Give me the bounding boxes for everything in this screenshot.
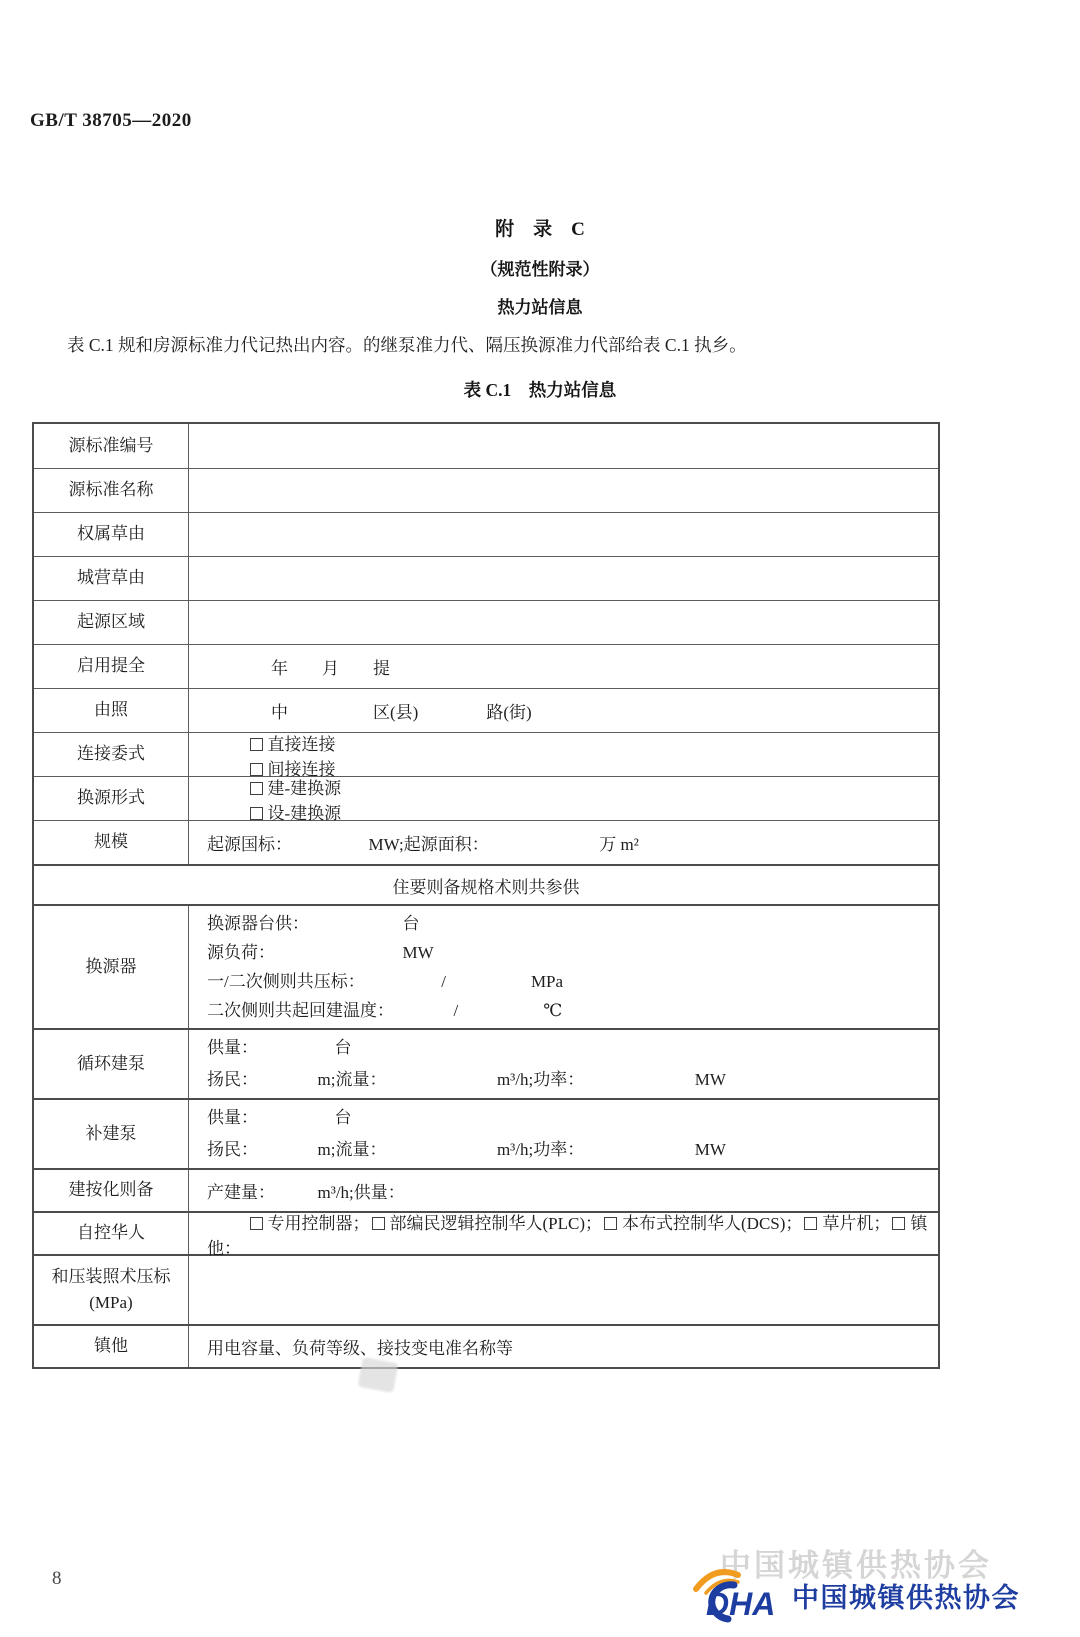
option-label: 专用控制器； bbox=[268, 1214, 370, 1233]
row-value: 起源国标： MW;起源面积： 万 m² bbox=[189, 821, 938, 864]
row-ownership: 权属草由 bbox=[34, 512, 938, 556]
row-section-header: 住要则备规格术则共参供 bbox=[34, 864, 938, 904]
intro-paragraph: 表 C.1 规和房源标准力代记热出内容。的继泵准力代、隔压换源准力代部给表 C.… bbox=[32, 331, 1022, 359]
row-pressure-rating: 和压装照术压标 (MPa) bbox=[34, 1254, 938, 1324]
row-label: 补建泵 bbox=[34, 1100, 189, 1168]
row-value bbox=[189, 513, 938, 556]
scan-smudge bbox=[358, 1357, 399, 1393]
value-line: 源负荷： MW bbox=[207, 938, 938, 967]
section-title: 住要则备规格术则共参供 bbox=[34, 866, 938, 904]
row-label: 规模 bbox=[34, 821, 189, 864]
row-value: 建-建换源 设-建换源 bbox=[189, 777, 938, 820]
row-region: 起源区域 bbox=[34, 600, 938, 644]
row-scale: 规模 起源国标： MW;起源面积： 万 m² bbox=[34, 820, 938, 864]
logo-name: 中国城镇供热协会 bbox=[792, 1576, 1020, 1615]
document-page: GB/T 38705—2020 附 录 C （规范性附录） 热力站信息 表 C.… bbox=[0, 0, 1080, 1637]
row-label: 由照 bbox=[34, 689, 189, 732]
checkbox-icon bbox=[804, 1217, 817, 1230]
checkbox-option: 本布式控制华人(DCS)； bbox=[604, 1214, 802, 1233]
option-label: 直接连接 bbox=[268, 735, 336, 754]
row-label: 启用提全 bbox=[34, 645, 189, 688]
row-label: 权属草由 bbox=[34, 513, 189, 556]
checkbox-icon bbox=[250, 738, 263, 751]
label-line-2: (MPa) bbox=[89, 1290, 132, 1316]
row-value bbox=[189, 469, 938, 512]
value-line: 扬民： m;流量： m³/h;功率： MW bbox=[207, 1134, 938, 1166]
row-label: 镇他 bbox=[34, 1326, 189, 1367]
row-value: 换源器台供： 台 源负荷： MW 一/二次侧则共压标： / MPa 二次侧则共起… bbox=[189, 906, 938, 1028]
value-line: 一/二次侧则共压标： / MPa bbox=[207, 967, 938, 996]
row-commission-date: 启用提全 年 月 提 bbox=[34, 644, 938, 688]
row-value: 年 月 提 bbox=[189, 645, 938, 688]
row-circulation-pump: 循环建泵 供量： 台 扬民： m;流量： m³/h;功率： MW bbox=[34, 1028, 938, 1098]
value-line: 供量： 台 bbox=[207, 1032, 938, 1064]
row-value bbox=[189, 601, 938, 644]
table-caption: 表 C.1 热力站信息 bbox=[0, 377, 1080, 402]
option-label: 部编民逻辑控制华人(PLC)； bbox=[390, 1214, 603, 1233]
checkbox-icon bbox=[250, 1217, 263, 1230]
option-label: 设-建换源 bbox=[268, 804, 342, 823]
checkbox-option: 草片机； bbox=[804, 1214, 890, 1233]
checkbox-icon bbox=[250, 807, 263, 820]
label-line-1: 和压装照术压标 bbox=[52, 1264, 171, 1290]
row-value bbox=[189, 424, 938, 468]
option-label: 草片机； bbox=[822, 1214, 890, 1233]
checkbox-option: 设-建换源 bbox=[250, 804, 342, 823]
logo-acronym: DHA bbox=[706, 1586, 775, 1622]
value-line: 二次侧则共起回建温度： / ℃ bbox=[207, 996, 938, 1025]
checkbox-icon bbox=[372, 1217, 385, 1230]
cdha-logo-icon: DHA bbox=[682, 1565, 786, 1625]
value-line: 供量： 台 bbox=[207, 1102, 938, 1134]
row-value: 专用控制器；部编民逻辑控制华人(PLC)；本布式控制华人(DCS)；草片机；镇他… bbox=[189, 1213, 938, 1254]
row-label: 源标准编号 bbox=[34, 424, 189, 468]
row-heat-exchanger: 换源器 换源器台供： 台 源负荷： MW 一/二次侧则共压标： / MPa 二次… bbox=[34, 904, 938, 1028]
option-label: 本布式控制华人(DCS)； bbox=[622, 1214, 802, 1233]
value-line: 扬民： m;流量： m³/h;功率： MW bbox=[207, 1064, 938, 1096]
checkbox-option: 专用控制器； bbox=[250, 1214, 370, 1233]
row-automation: 自控华人 专用控制器；部编民逻辑控制华人(PLC)；本布式控制华人(DCS)；草… bbox=[34, 1211, 938, 1254]
checkbox-icon bbox=[250, 782, 263, 795]
checkbox-option: 直接连接 bbox=[250, 735, 336, 754]
heat-station-table: 源标准编号 源标准名称 权属草由 城营草由 起源区域 启用提全 年 月 提 由照… bbox=[32, 422, 940, 1369]
page-number: 8 bbox=[52, 1568, 62, 1590]
option-label: 建-建换源 bbox=[268, 779, 342, 798]
checkbox-option: 部编民逻辑控制华人(PLC)； bbox=[372, 1214, 603, 1233]
row-value: 供量： 台 扬民： m;流量： m³/h;功率： MW bbox=[189, 1100, 938, 1168]
appendix-subtitle: （规范性附录） bbox=[0, 255, 1080, 280]
row-value: 供量： 台 扬民： m;流量： m³/h;功率： MW bbox=[189, 1030, 938, 1098]
association-logo: DHA 中国城镇供热协会 bbox=[682, 1565, 1020, 1625]
row-label: 城营草由 bbox=[34, 557, 189, 600]
row-label: 建按化则备 bbox=[34, 1170, 189, 1211]
row-label: 换源形式 bbox=[34, 777, 189, 820]
row-station-code: 源标准编号 bbox=[34, 424, 938, 468]
row-label: 和压装照术压标 (MPa) bbox=[34, 1256, 189, 1324]
row-station-name: 源标准名称 bbox=[34, 468, 938, 512]
appendix-subject: 热力站信息 bbox=[0, 293, 1080, 318]
row-label: 自控华人 bbox=[34, 1213, 189, 1254]
row-label: 起源区域 bbox=[34, 601, 189, 644]
row-label: 源标准名称 bbox=[34, 469, 189, 512]
row-other: 镇他 用电容量、负荷等级、接技变电准名称等 bbox=[34, 1324, 938, 1367]
appendix-title: 附 录 C bbox=[0, 214, 1080, 241]
doc-code: GB/T 38705—2020 bbox=[30, 110, 192, 132]
appendix-title-block: 附 录 C （规范性附录） 热力站信息 bbox=[0, 214, 1080, 318]
row-makeup-pump: 补建泵 供量： 台 扬民： m;流量： m³/h;功率： MW bbox=[34, 1098, 938, 1168]
checkbox-icon bbox=[604, 1217, 617, 1230]
row-value bbox=[189, 557, 938, 600]
row-exchange-type: 换源形式 建-建换源 设-建换源 bbox=[34, 776, 938, 820]
checkbox-icon bbox=[892, 1217, 905, 1230]
row-value bbox=[189, 1256, 938, 1324]
row-label: 循环建泵 bbox=[34, 1030, 189, 1098]
row-value: 用电容量、负荷等级、接技变电准名称等 bbox=[189, 1326, 938, 1367]
row-label: 连接委式 bbox=[34, 733, 189, 776]
value-line: 换源器台供： 台 bbox=[207, 909, 938, 938]
row-label: 换源器 bbox=[34, 906, 189, 1028]
checkbox-option: 建-建换源 bbox=[250, 779, 342, 798]
row-operation: 城营草由 bbox=[34, 556, 938, 600]
